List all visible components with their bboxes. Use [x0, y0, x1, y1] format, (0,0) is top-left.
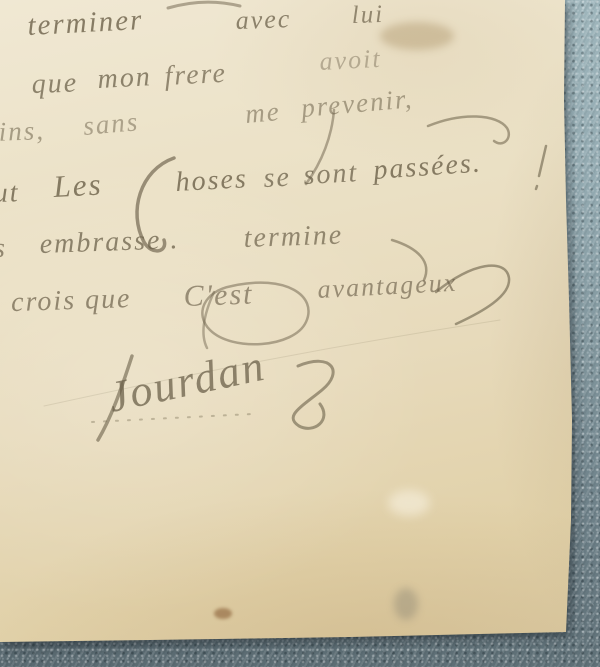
handwritten-word: avec	[235, 4, 292, 35]
handwritten-word: terminer	[27, 4, 144, 42]
handwritten-word: que	[31, 67, 78, 100]
handwritten-word: se	[263, 162, 292, 194]
handwritten-word: me	[244, 96, 282, 129]
handwritten-word: s	[0, 233, 7, 264]
handwriting-layer: termineravecluiquemonfrereavoitmains,san…	[0, 0, 600, 667]
comma-flourish-stroke	[428, 116, 509, 143]
handwritten-word: passées.	[370, 147, 482, 186]
paper-shadow-wrap: termineravecluiquemonfrereavoitmains,san…	[0, 0, 600, 667]
handwritten-word: lui	[351, 1, 384, 29]
handwritten-word: mains,	[0, 115, 45, 148]
accent-stroke-passees	[536, 146, 546, 189]
cropped-stroke-top-edge	[168, 2, 240, 8]
handwritten-word: Les	[52, 166, 104, 204]
handwritten-word: C'est	[183, 278, 254, 313]
photo-of-letter: termineravecluiquemonfrereavoitmains,san…	[0, 0, 600, 667]
handwritten-word: sans	[82, 106, 140, 141]
handwritten-word: embrasse .	[39, 224, 180, 260]
signature: Jourdan	[104, 341, 270, 422]
handwritten-word: avantageux	[317, 268, 458, 304]
handwritten-word: termine	[243, 220, 344, 254]
handwritten-word: avoit	[319, 44, 382, 76]
handwritten-word: sont	[303, 157, 359, 191]
handwritten-word: mon	[97, 61, 153, 95]
handwritten-word: ut	[0, 177, 20, 209]
handwritten-word: e crois que	[0, 283, 132, 319]
handwriting-words: termineravecluiquemonfrereavoitmains,san…	[0, 1, 483, 422]
handwritten-word: prevenir,	[298, 83, 414, 123]
handwritten-word: hoses	[175, 163, 249, 198]
signature-paraph-stroke	[293, 361, 333, 428]
letter-paper: termineravecluiquemonfrereavoitmains,san…	[0, 0, 600, 667]
handwritten-word: frere	[164, 58, 228, 92]
